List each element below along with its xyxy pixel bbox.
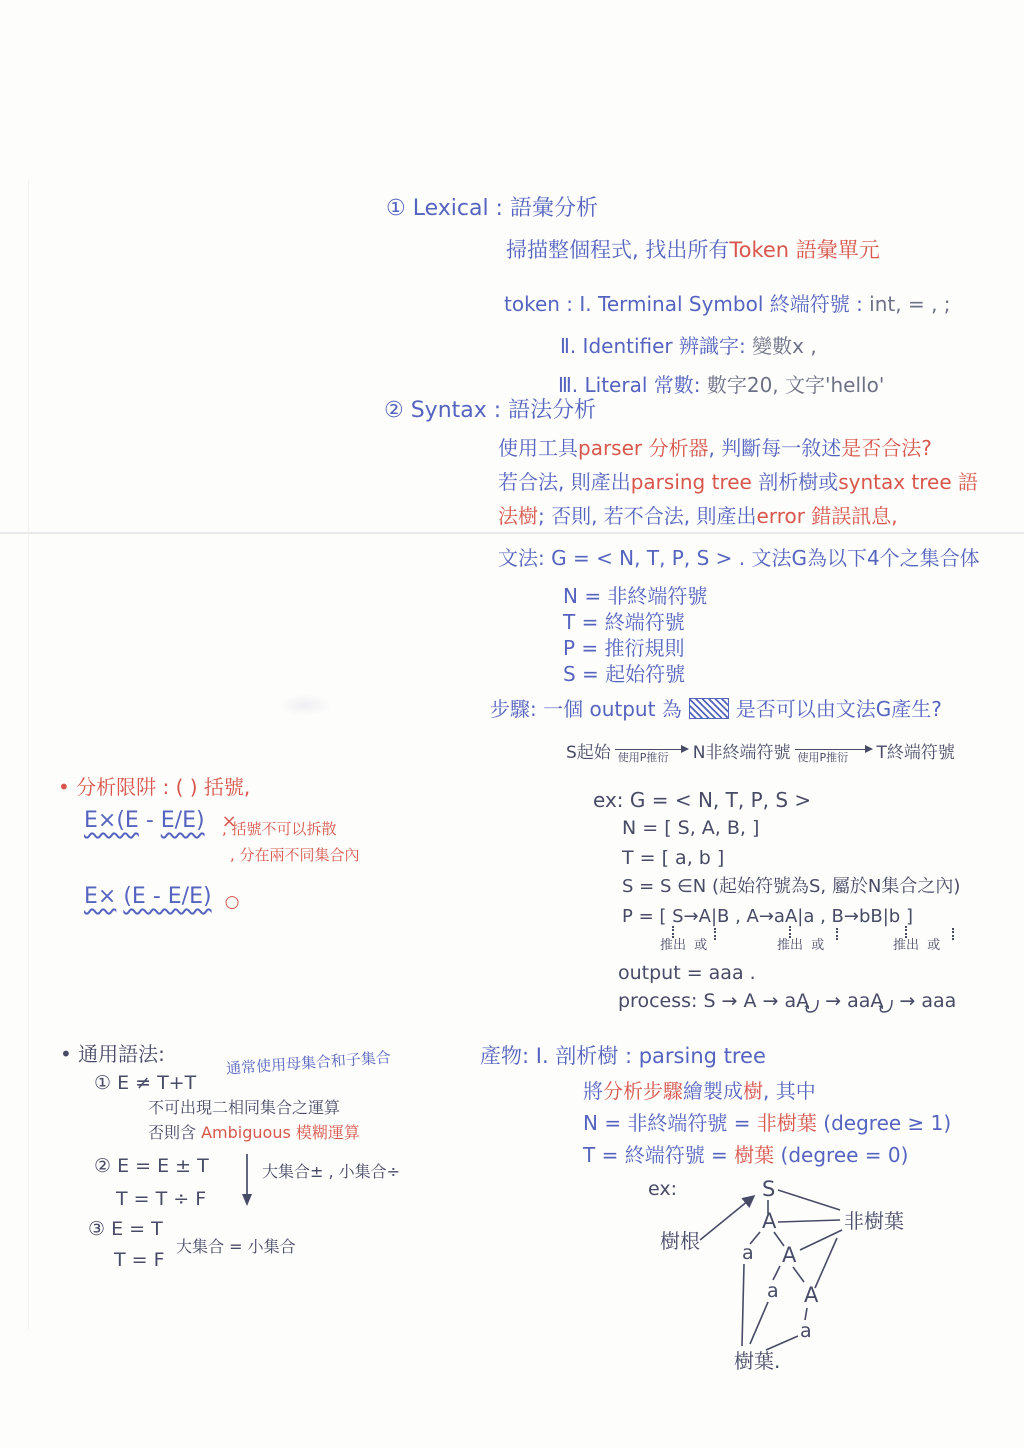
edge-a2-a-leaf2 [773,1266,780,1280]
arrow-head-icon [681,745,689,753]
syntax-l2-b: parsing tree [631,470,752,494]
syntax-l1-a: 使用工具 [498,436,578,460]
steps-prefix: 步驟: 一個 output 為 [490,697,682,721]
tree-node-leaf2: a [767,1280,779,1302]
flow-arrow-2: 使用P推衍 [795,740,873,772]
syntax-l3-a: 法樹 [498,504,538,528]
pencil-smudge [278,694,332,716]
common-rule-3a: ③ E = T [88,1218,163,1241]
callout-s-nonleaf [778,1190,840,1210]
syntax-line-2: 若合法, 則產出parsing tree 剖析樹或syntax tree 語 [498,470,978,494]
example-g: ex: G = < N, T, P, S > [593,788,811,812]
scan-fold-line [0,532,1024,534]
example-p: P = [ S→A|B , A→aA|a , B→bB|b ] [622,906,913,928]
token-label: token : Ⅰ. Terminal Symbol 終端符號 : [504,292,863,316]
products-heading: 產物: Ⅰ. 剖析樹 : parsing tree [480,1044,766,1069]
syntax-l2-a: 若合法, 則產出 [498,470,631,494]
p-annotation-1: 推出 或 [660,938,707,954]
expr2-group1: E× [84,884,116,909]
steps-question: 是否可以由文法G產生? [736,697,942,721]
common-rule-1-bluenote: 通常使用母集合和子集合 [226,1048,392,1077]
tree-node-a1: A [762,1209,777,1233]
tree-node-leaf1: a [742,1242,754,1264]
common-rule-1-note2: 不可出現二相同集合之運算 [148,1098,340,1117]
literal-label: Ⅲ. Literal 常數: [558,373,700,397]
example-t: T = [ a, b ] [622,847,724,870]
p-annotation-2: 推出 或 [777,938,824,954]
derive-label: 推出 [777,938,803,953]
example-output: output = aaa . [618,962,756,985]
products-l2-c: (degree ≥ 1) [823,1111,951,1135]
syntax-heading: ② Syntax : 語法分析 [384,398,596,424]
dotted-arrow [836,928,838,940]
page-edge-shadow [28,180,29,1330]
products-l1-e: , 其中 [763,1079,816,1103]
expr1-group1: E×(E [84,808,139,833]
products-l2-b: 非樹葉 [757,1111,817,1135]
callout-leaf2-label [750,1302,768,1344]
edge-a3-a-leaf3 [805,1308,807,1320]
derivation-flow: S起始使用P推衍N非終端符號使用P推衍T終端符號 [566,740,955,772]
pitfall-expr-1: E×(E - E/E) × [84,808,237,834]
example-n: N = [ S, A, B, ] [622,817,759,840]
token-values: int, = , ; [863,292,951,316]
lexical-scan-line: 掃描整個程式, 找出所有Token 語彙單元 [506,238,880,263]
expr1-group2: E/E) [161,808,205,833]
products-l2-a: N = 非終端符號 = [583,1111,751,1135]
syntax-l1-d: 是否合法? [841,436,932,460]
products-l1-a: 將 [583,1079,603,1103]
token-line: token : Ⅰ. Terminal Symbol 終端符號 : int, =… [504,292,951,316]
correct-mark: ○ [225,892,240,912]
p-annotation-3: 推出 或 [893,938,940,954]
process-part-3: → aaa [899,990,956,1012]
loop-arrow-icon [878,999,898,1017]
dotted-arrow [905,926,907,938]
callout-leaf3-label [766,1336,798,1350]
products-l3-b: 樹葉 [734,1143,774,1167]
callout-nonleaf-a3 [815,1238,837,1288]
products-l1-d: 樹 [743,1079,763,1103]
grammar-p: P = 推衍規則 [563,636,685,660]
common-rule-2a: ② E = E ± T [94,1155,209,1178]
products-line-2: N = 非終端符號 = 非樹葉 (degree ≥ 1) [583,1111,951,1135]
products-l1-c: 繪製成 [683,1079,743,1103]
products-l1-b: 分析步驟 [603,1079,683,1103]
syntax-l2-d: syntax tree 語 [838,470,978,494]
dotted-arrow [789,926,791,938]
dotted-arrow [952,928,954,940]
syntax-l3-c: error 錯誤訊息, [757,504,898,528]
arrow-shaft [615,749,686,750]
tree-node-s: S [762,1177,775,1201]
dotted-arrow [714,928,716,940]
syntax-l1-c: , 判斷每一敘述 [708,436,841,460]
process-part-2: → aaA [825,990,883,1012]
syntax-line-1: 使用工具parser 分析器, 判斷每一敘述是否合法? [498,436,932,460]
common-rule-3b: T = F [114,1249,165,1272]
products-line-3: T = 終端符號 = 樹葉 (degree = 0) [583,1143,908,1167]
example-process: process: S → A → aA→ aaA→ aaa [618,990,956,1017]
identifier-label: Ⅱ. Identifier 辨識字: [560,334,746,358]
arrow-head-icon [865,745,873,753]
flow-arrow-1-label: 使用P推衍 [618,751,669,764]
identifier-values: 變數x , [746,334,817,358]
or-label: 或 [694,938,707,953]
flow-start: S起始 [566,743,611,763]
callout-a1-nonleaf [778,1220,840,1222]
tree-root-label: 樹根 [660,1229,700,1253]
expr1-middle: - [139,808,161,833]
loop-arrow-icon [804,999,824,1017]
grammar-n: N = 非終端符號 [563,584,707,608]
grammar-s: S = 起始符號 [563,662,685,686]
literal-values: 數字20, 文字'hello' [700,373,884,397]
syntax-l3-b: ; 否則, 若不合法, 則產出 [538,504,757,528]
derive-label: 推出 [660,938,686,953]
process-part-1: process: S → A → aA [618,990,809,1012]
hatched-placeholder-box [689,698,729,719]
dotted-arrow [672,926,674,938]
arrow-shaft [795,749,870,750]
products-line-1: 將分析步驟繪製成樹, 其中 [583,1079,816,1103]
parse-tree-diagram: S A a A a A a 樹根 非樹葉 樹葉. [630,1168,930,1413]
common-rule-2b: T = T ÷ F [116,1188,206,1211]
flow-arrow-2-label: 使用P推衍 [798,751,849,764]
tree-nonleaf-label: 非樹葉 [844,1209,904,1233]
syntax-l2-c: 剖析樹或 [758,470,838,494]
down-arrow-icon [238,1152,256,1208]
expr2-group2: (E - E/E) [123,884,211,909]
scan-text: 掃描整個程式, 找出所有 [506,238,729,262]
identifier-line: Ⅱ. Identifier 辨識字: 變數x , [560,334,817,358]
syntax-l1-b: parser 分析器 [578,436,708,460]
root-arrow [700,1196,754,1240]
common-rule-2-note: 大集合± , 小集合÷ [262,1162,400,1181]
lexical-heading: ① Lexical : 語彙分析 [386,196,598,222]
steps-line: 步驟: 一個 output 為是否可以由文法G產生? [490,697,942,721]
or-label: 或 [927,938,940,953]
tree-node-leaf3: a [800,1320,812,1342]
tree-node-a2: A [782,1243,797,1267]
grammar-t: T = 終端符號 [563,610,685,634]
or-label: 或 [811,938,824,953]
grammar-definition: 文法: G = < N, T, P, S > . 文法G為以下4个之集合体 [498,546,980,570]
common-rule-1: ① E ≠ T+T [94,1072,196,1095]
flow-terminal: T終端符號 [877,743,955,763]
note3-red: Ambiguous 模糊運算 [201,1123,360,1142]
derive-label: 推出 [893,938,919,953]
literal-line: Ⅲ. Literal 常數: 數字20, 文字'hello' [558,373,884,397]
products-l3-c: (degree = 0) [781,1143,909,1167]
common-rule-3-note: 大集合 = 小集合 [176,1237,296,1256]
tree-leaf-label: 樹葉. [734,1349,780,1373]
common-rule-1-note3: 否則含 Ambiguous 模糊運算 [148,1123,360,1142]
flow-arrow-1: 使用P推衍 [615,740,689,772]
syntax-line-3: 法樹; 否則, 若不合法, 則產出error 錯誤訊息, [498,504,898,528]
tree-node-a3: A [804,1283,819,1307]
products-l3-a: T = 終端符號 = [583,1143,728,1167]
example-s: S = S ∈N (起始符號為S, 屬於N集合之內) [622,876,960,898]
token-term: Token 語彙單元 [729,238,879,262]
pitfall-note-2: , 分在兩不同集合內 [230,846,360,864]
pitfall-expr-2: E× (E - E/E) ○ [84,884,239,912]
callout-leaf1-label [742,1264,744,1346]
flow-nonterminal: N非終端符號 [693,743,791,763]
note3-dark: 否則含 [148,1123,201,1142]
edge-a2-a3 [793,1267,804,1282]
common-heading: • 通用語法: [60,1042,165,1066]
pitfall-note-1: , 括號不可以拆散 [222,820,337,838]
pitfall-heading: • 分析限阱 : ( ) 括號, [58,775,250,799]
